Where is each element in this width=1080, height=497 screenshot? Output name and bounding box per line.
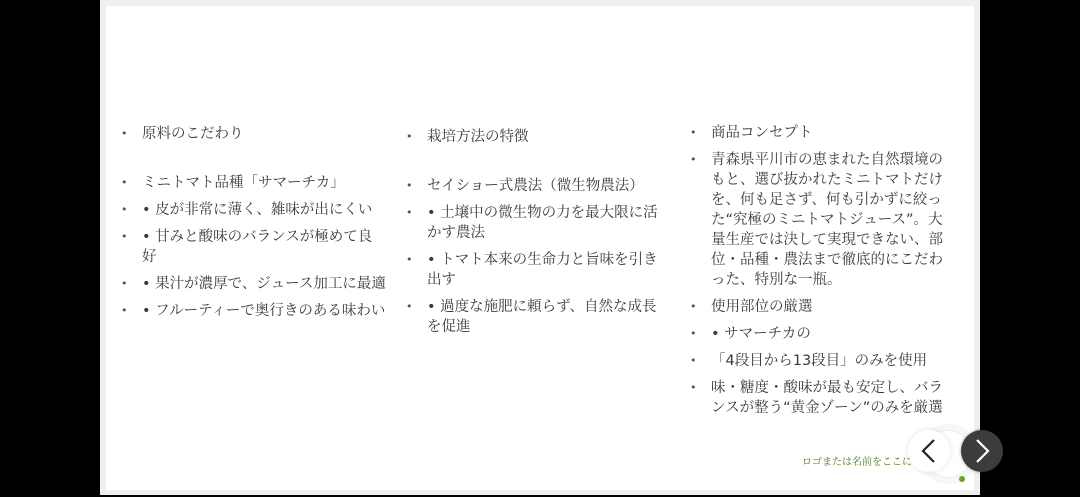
bullet-icon: •	[121, 227, 128, 247]
list-item-text: 使用部位の厳選	[711, 297, 955, 317]
bullet-icon: •	[690, 324, 697, 344]
column-concept: •商品コンセプト •青森県平川市の恵まれた自然環境のもと、選び抜かれたミニトマト…	[680, 123, 955, 425]
list-item: •青森県平川市の恵まれた自然環境のもと、選び抜かれたミニトマトだけを、何も足さず…	[680, 150, 955, 290]
presentation-viewer: •原料のこだわり •ミニトマト品種「サマーチカ」 •• 皮が非常に薄く、雑味が出…	[0, 0, 1080, 497]
list-item-text: • トマト本来の生命力と旨味を引き出す	[427, 250, 666, 290]
list-item-text: • 甘みと酸味のバランスが極めて良好	[142, 227, 386, 267]
list-item-text: • 土壌中の微生物の力を最大限に活かす農法	[427, 203, 666, 243]
list-item-text: 味・糖度・酸味が最も安定し、バランスが整う“黄金ゾーン”のみを厳選	[711, 378, 955, 418]
bullet-icon: •	[690, 351, 697, 371]
list-item: •原料のこだわり	[111, 124, 386, 144]
list-item: •「4段目から13段目」のみを使用	[680, 351, 955, 371]
list-item: •栽培方法の特徴	[396, 127, 666, 147]
list-item: •• 土壌中の微生物の力を最大限に活かす農法	[396, 203, 666, 243]
heading-concept: 商品コンセプト	[711, 123, 955, 143]
chevron-left-icon	[920, 438, 938, 464]
bullet-icon: •	[121, 200, 128, 220]
previous-slide-button[interactable]	[908, 430, 950, 472]
bullet-icon: •	[406, 203, 413, 223]
list-item-text: • フルーティーで奥行きのある味わい	[142, 301, 386, 321]
footer-logo-placeholder: ロゴまたは名前をここに	[802, 453, 912, 468]
list-item: •商品コンセプト	[680, 123, 955, 143]
bullet-list: •栽培方法の特徴 •セイショー式農法（微生物農法） •• 土壌中の微生物の力を最…	[396, 127, 666, 337]
status-dot	[959, 476, 965, 482]
list-item: •セイショー式農法（微生物農法）	[396, 176, 666, 196]
list-item-text: ミニトマト品種「サマーチカ」	[142, 173, 386, 193]
column-cultivation: •栽培方法の特徴 •セイショー式農法（微生物農法） •• 土壌中の微生物の力を最…	[396, 127, 666, 344]
list-item: •ミニトマト品種「サマーチカ」	[111, 173, 386, 193]
bullet-icon: •	[690, 297, 697, 317]
bullet-icon: •	[121, 301, 128, 321]
list-item-text: 青森県平川市の恵まれた自然環境のもと、選び抜かれたミニトマトだけを、何も足さず、…	[711, 150, 955, 290]
bullet-icon: •	[406, 297, 413, 317]
list-item: •• フルーティーで奥行きのある味わい	[111, 301, 386, 321]
list-item-text: セイショー式農法（微生物農法）	[427, 176, 666, 196]
list-item: •• 果汁が濃厚で、ジュース加工に最適	[111, 274, 386, 294]
bullet-icon: •	[406, 176, 413, 196]
bullet-icon: •	[690, 123, 697, 143]
bullet-icon: •	[121, 124, 128, 144]
chevron-right-icon	[973, 438, 991, 464]
bullet-icon: •	[690, 150, 697, 170]
bullet-list: •原料のこだわり •ミニトマト品種「サマーチカ」 •• 皮が非常に薄く、雑味が出…	[111, 124, 386, 321]
heading-ingredients: 原料のこだわり	[142, 124, 386, 144]
bullet-icon: •	[121, 274, 128, 294]
list-item-text: • 皮が非常に薄く、雑味が出にくい	[142, 200, 386, 220]
list-item: •• トマト本来の生命力と旨味を引き出す	[396, 250, 666, 290]
list-item-text: • サマーチカの	[711, 324, 955, 344]
list-item: •使用部位の厳選	[680, 297, 955, 317]
list-item: •• 甘みと酸味のバランスが極めて良好	[111, 227, 386, 267]
bullet-list: •商品コンセプト •青森県平川市の恵まれた自然環境のもと、選び抜かれたミニトマト…	[680, 123, 955, 418]
list-item-text: • 果汁が濃厚で、ジュース加工に最適	[142, 274, 386, 294]
list-item: •• 皮が非常に薄く、雑味が出にくい	[111, 200, 386, 220]
bullet-icon: •	[406, 127, 413, 147]
bullet-icon: •	[690, 378, 697, 398]
list-item: •• サマーチカの	[680, 324, 955, 344]
bullet-icon: •	[121, 173, 128, 193]
list-item: • 味・糖度・酸味が最も安定し、バランスが整う“黄金ゾーン”のみを厳選	[680, 378, 955, 418]
list-item-text: 「4段目から13段目」のみを使用	[711, 351, 955, 371]
column-ingredients: •原料のこだわり •ミニトマト品種「サマーチカ」 •• 皮が非常に薄く、雑味が出…	[111, 124, 386, 328]
bullet-icon: •	[406, 250, 413, 270]
list-item-text: • 過度な施肥に頼らず、自然な成長を促進	[427, 297, 666, 337]
list-item: •• 過度な施肥に頼らず、自然な成長を促進	[396, 297, 666, 337]
next-slide-button[interactable]	[961, 430, 1003, 472]
slide-canvas: •原料のこだわり •ミニトマト品種「サマーチカ」 •• 皮が非常に薄く、雑味が出…	[106, 6, 974, 490]
slide-frame: •原料のこだわり •ミニトマト品種「サマーチカ」 •• 皮が非常に薄く、雑味が出…	[100, 0, 980, 495]
heading-cultivation: 栽培方法の特徴	[427, 127, 666, 147]
